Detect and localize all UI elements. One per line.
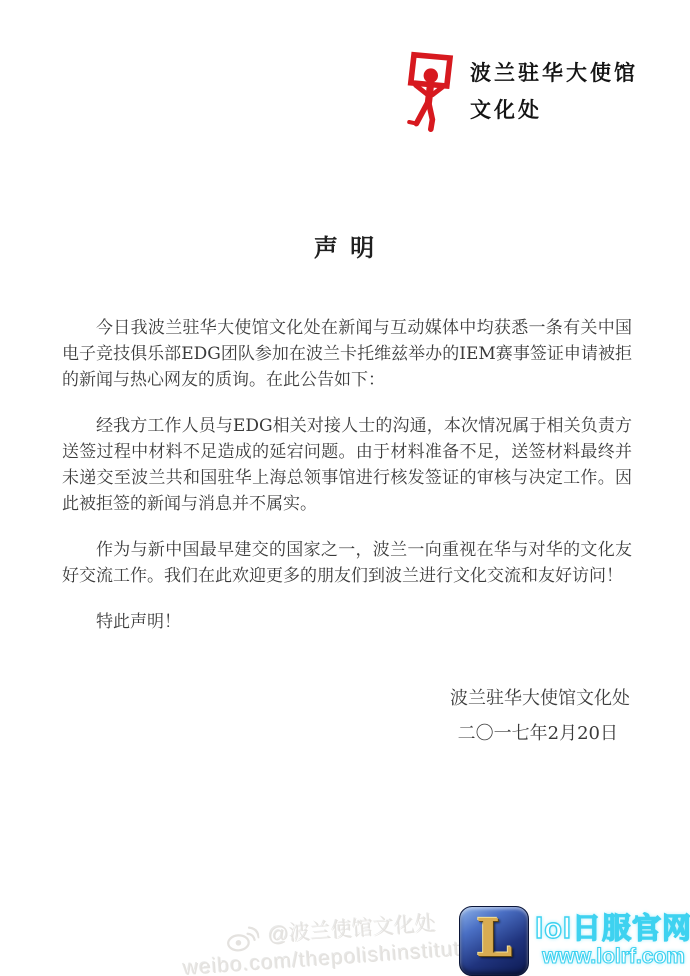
paragraph-friendship: 作为与新中国最早建交的国家之一，波兰一向重视在华与对华的文化友好交流工作。我们在… [62, 537, 632, 589]
weibo-watermark: @波兰使馆文化处 weibo.com/thepolishinstitute [180, 908, 474, 976]
signature-name: 波兰驻华大使馆文化处 [0, 681, 630, 716]
lol-logo-icon: L [459, 906, 529, 976]
closing-statement: 特此声明！ [62, 609, 632, 635]
statement-document: 波兰驻华大使馆 文化处 声 明 今日我波兰驻华大使馆文化处在新闻与互动媒体中均获… [0, 0, 690, 976]
lol-site-name: lol日服官网 [535, 913, 690, 945]
paragraph-explanation: 经我方工作人员与EDG相关对接人士的沟通，本次情况属于相关负责方送签过程中材料不… [62, 413, 632, 517]
footer: @波兰使馆文化处 weibo.com/thepolishinstitute L … [0, 896, 690, 976]
lol-site-url: www.lolrf.com [542, 945, 685, 969]
polish-institute-figure-icon [406, 47, 454, 133]
weibo-icon [224, 923, 260, 953]
statement-title: 声 明 [0, 228, 690, 263]
embassy-logo: 波兰驻华大使馆 文化处 [0, 44, 690, 136]
logo-title-line2: 文化处 [470, 94, 638, 124]
signature-block: 波兰驻华大使馆文化处 二〇一七年2月20日 [0, 681, 690, 751]
lol-site-badge: L lol日服官网 www.lolrf.com [459, 906, 690, 976]
lol-letter: L [476, 913, 513, 965]
statement-body: 今日我波兰驻华大使馆文化处在新闻与互动媒体中均获悉一条有关中国电子竞技俱乐部ED… [0, 315, 690, 635]
paragraph-intro: 今日我波兰驻华大使馆文化处在新闻与互动媒体中均获悉一条有关中国电子竞技俱乐部ED… [62, 315, 632, 393]
signature-date: 二〇一七年2月20日 [0, 716, 630, 751]
logo-title-line1: 波兰驻华大使馆 [470, 57, 638, 87]
